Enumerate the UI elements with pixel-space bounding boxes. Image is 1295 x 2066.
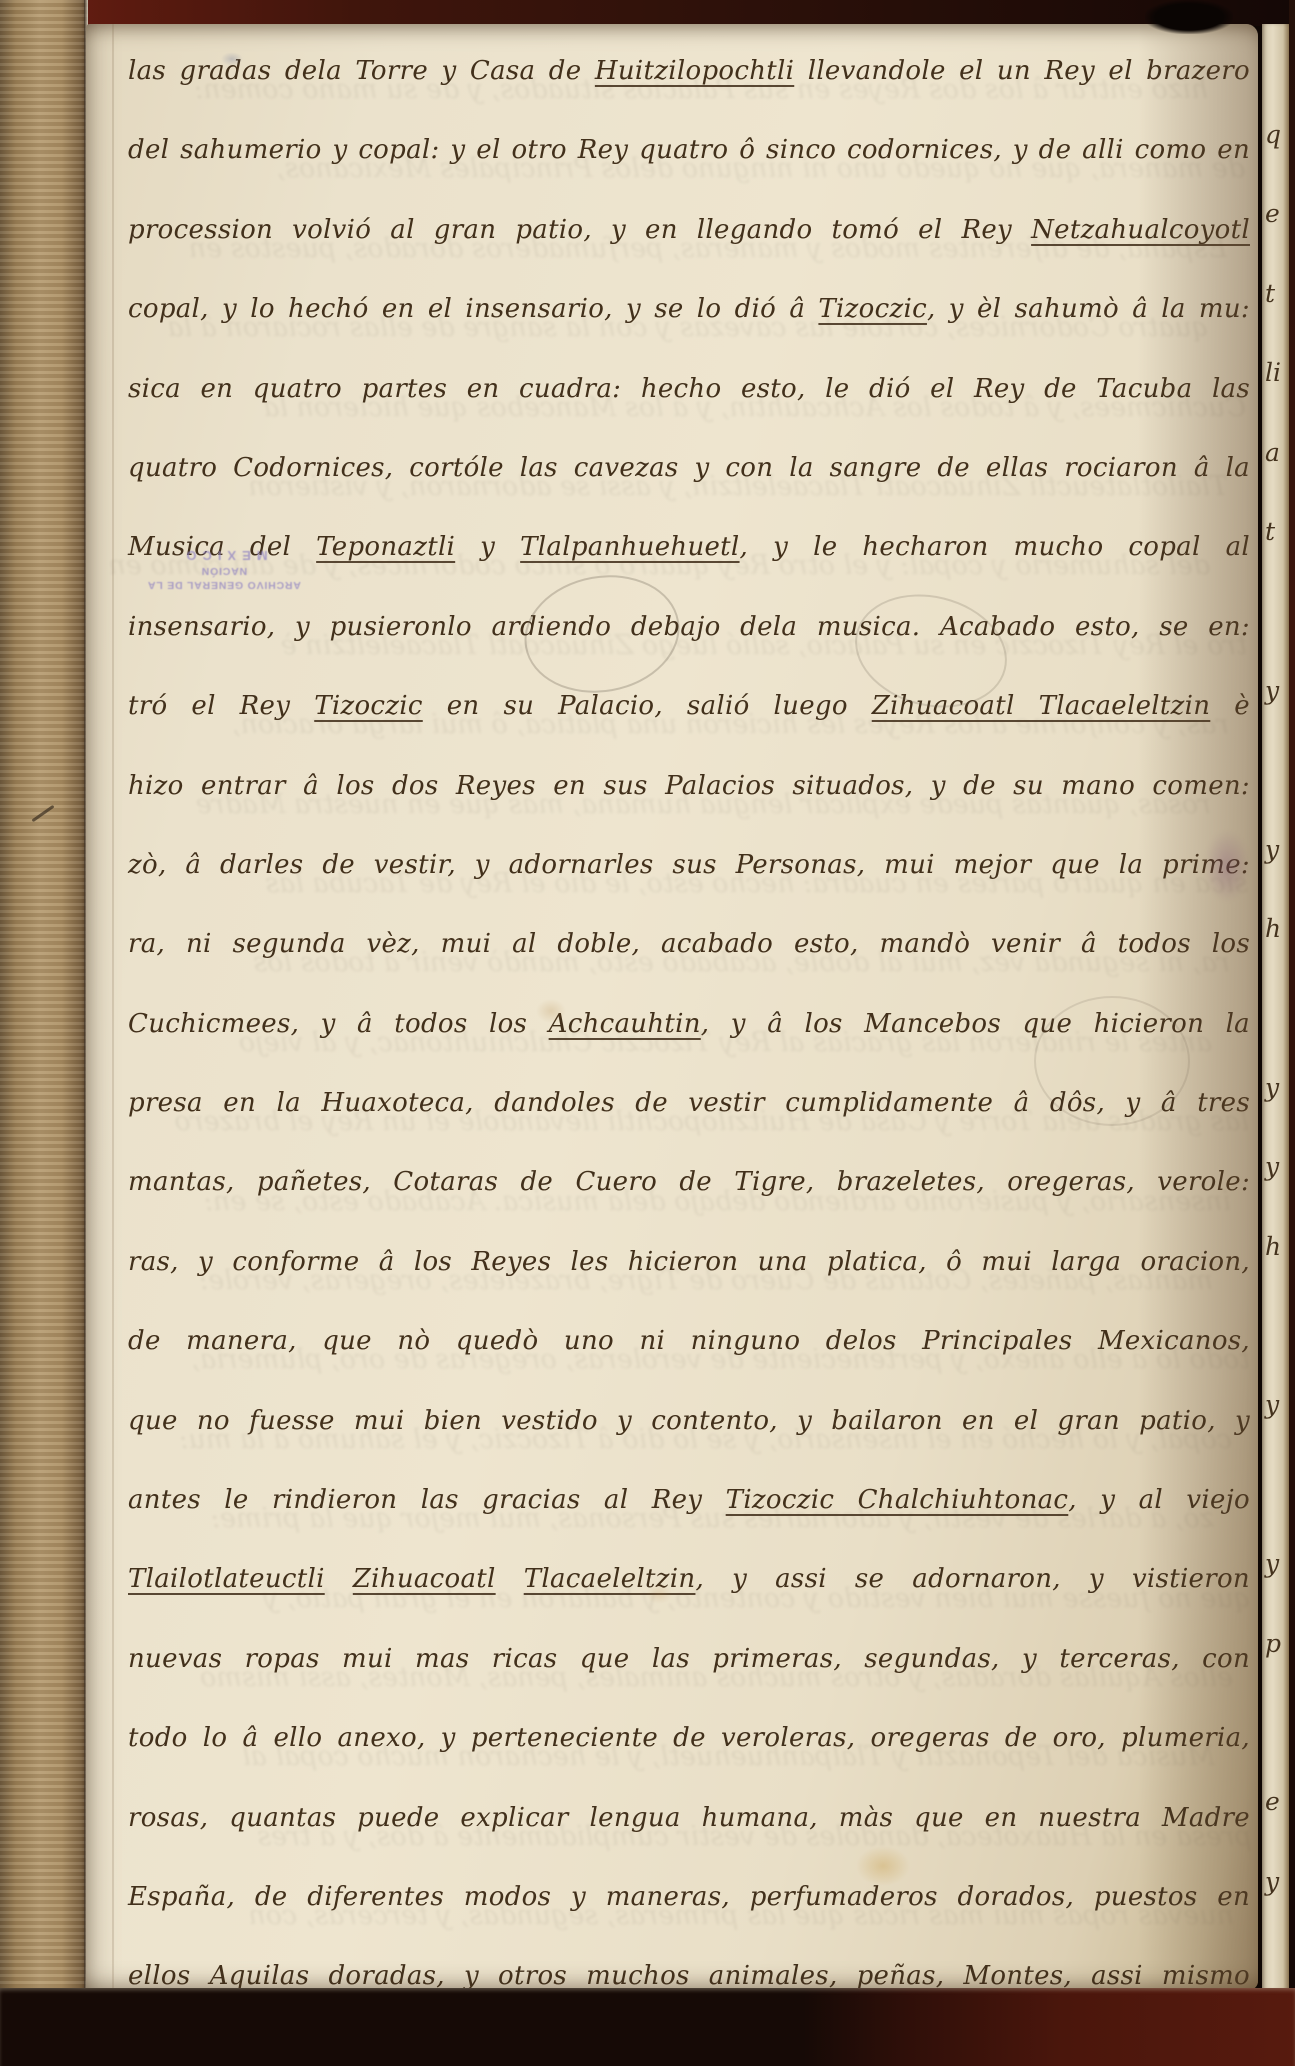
text-line-2: del sahumerio y copal: y el otro Rey qua… xyxy=(128,111,1250,190)
underlined-term: Tizoczic xyxy=(818,294,927,324)
text-block: las gradas dela Torre y Casa de Huitzilo… xyxy=(128,32,1250,1990)
text-segment: presa en la Huaxoteca, dandoles de vesti… xyxy=(128,1088,1250,1118)
binding-blotch xyxy=(1145,0,1233,34)
text-segment: ra, ni segunda vèz, mui al doble, acabad… xyxy=(128,929,1250,959)
text-segment: todo lo â ello anexo, y perteneciente de… xyxy=(128,1723,1250,1753)
text-line-3: procession volvió al gran patio, y en ll… xyxy=(128,191,1250,270)
text-line-16: ras, y conforme â los Reyes les hicieron… xyxy=(128,1223,1250,1302)
text-segment: mantas, pañetes, Cotaras de Cuero de Tig… xyxy=(128,1167,1250,1197)
margin-crease xyxy=(112,24,114,1990)
text-line-9: tró el Rey Tizoczic en su Palacio, salió… xyxy=(128,667,1250,746)
stamp-line-1: ARCHIVO GENERAL DE LA NACIÓN xyxy=(144,564,304,592)
text-segment: rosas, quantas puede explicar lengua hum… xyxy=(128,1803,1250,1833)
text-segment: procession volvió al gran patio, y en ll… xyxy=(128,215,1031,245)
partial-letter: li xyxy=(1265,358,1281,387)
text-line-5: sica en quatro partes en cuadra: hecho e… xyxy=(128,350,1250,429)
text-line-10: hizo entrar â los dos Reyes en sus Palac… xyxy=(128,747,1250,826)
partial-letter: h xyxy=(1265,914,1281,943)
text-segment: sica en quatro partes en cuadra: hecho e… xyxy=(128,374,1250,404)
text-line-13: Cuchicmees, y â todos los Achcauhtin, y … xyxy=(128,985,1250,1064)
text-line-24: España, de diferentes modos y maneras, p… xyxy=(128,1858,1250,1937)
underlined-term: Zihuacoatl xyxy=(353,1564,496,1594)
underlined-term: Tlacaeleltzin xyxy=(524,1564,696,1594)
text-segment: insensario, y pusieronlo ardiendo debajo… xyxy=(128,612,1250,642)
text-line-18: que no fuesse mui bien vestido y content… xyxy=(128,1382,1250,1461)
text-segment: Cuchicmees, y â todos los xyxy=(128,1009,549,1039)
book-cover-bottom-edge xyxy=(0,1988,1295,2066)
gutter-shadow xyxy=(1138,24,1258,1990)
text-segment: ras, y conforme â los Reyes les hicieron… xyxy=(128,1247,1250,1277)
partial-letter: y xyxy=(1265,676,1279,705)
partial-letter: y xyxy=(1265,1867,1279,1896)
text-segment: en su Palacio, salió luego xyxy=(423,691,872,721)
underlined-term: Teponaztli xyxy=(316,532,455,562)
text-segment xyxy=(325,1564,353,1594)
book-fore-edges xyxy=(0,0,88,2066)
partial-letter: y xyxy=(1265,1549,1279,1578)
text-segment: España, de diferentes modos y maneras, p… xyxy=(128,1882,1250,1912)
text-line-4: copal, y lo hechó en el insensario, y se… xyxy=(128,270,1250,349)
text-line-19: antes le rindieron las gracias al Rey Ti… xyxy=(128,1461,1250,1540)
text-segment: las gradas dela Torre y Casa de xyxy=(128,56,595,86)
partial-letter: y xyxy=(1265,835,1279,864)
partial-letter: h xyxy=(1265,1232,1281,1261)
underlined-term: Tizoczic xyxy=(314,691,423,721)
text-segment: del sahumerio y copal: y el otro Rey qua… xyxy=(128,135,1250,165)
partial-letter: t xyxy=(1265,517,1275,546)
stamp-line-2: MEXICO xyxy=(144,546,304,564)
text-segment: de manera, que nò quedò uno ni ninguno d… xyxy=(128,1326,1250,1356)
text-segment: que no fuesse mui bien vestido y content… xyxy=(128,1406,1250,1436)
text-segment: antes le rindieron las gracias al Rey xyxy=(128,1485,726,1515)
text-line-1: las gradas dela Torre y Casa de Huitzilo… xyxy=(128,32,1250,111)
text-segment: nuevas ropas mui mas ricas que las prime… xyxy=(128,1644,1250,1674)
partial-letter: a xyxy=(1265,438,1280,467)
text-segment: zò, â darles de vestir, y adornarles sus… xyxy=(128,850,1250,880)
text-segment: quatro Codornices, cortóle las cavezas y… xyxy=(128,453,1250,483)
partial-letter: y xyxy=(1265,1152,1279,1181)
open-book-scan: hizo entrar â los dos Reyes en sus Palac… xyxy=(0,0,1295,2066)
partial-letter: e xyxy=(1265,199,1280,228)
text-line-21: nuevas ropas mui mas ricas que las prime… xyxy=(128,1620,1250,1699)
partial-letter: q xyxy=(1265,120,1281,149)
underlined-term: Tlalpanhuehuetl xyxy=(520,532,739,562)
text-segment: y xyxy=(455,532,520,562)
book-cover-top-edge xyxy=(0,0,1295,26)
facing-page-edge: qetliatyyhyyhyypey xyxy=(1262,24,1289,1990)
text-line-14: presa en la Huaxoteca, dandoles de vesti… xyxy=(128,1064,1250,1143)
underlined-term: Huitzilopochtli xyxy=(595,56,794,86)
book-cover-right-edge xyxy=(1289,0,1295,2066)
text-line-6: quatro Codornices, cortóle las cavezas y… xyxy=(128,429,1250,508)
text-segment: tró el Rey xyxy=(128,691,314,721)
text-segment xyxy=(496,1564,524,1594)
text-line-22: todo lo â ello anexo, y perteneciente de… xyxy=(128,1699,1250,1778)
partial-letter: p xyxy=(1265,1629,1281,1658)
underlined-term: Tizoczic Chalchiuhtonac xyxy=(726,1485,1069,1515)
text-line-23: rosas, quantas puede explicar lengua hum… xyxy=(128,1779,1250,1858)
archive-stamp: ARCHIVO GENERAL DE LA NACIÓN MEXICO xyxy=(144,546,304,592)
underlined-term: Tlailotlateuctli xyxy=(128,1564,325,1594)
partial-letter: e xyxy=(1265,1787,1280,1816)
text-line-17: de manera, que nò quedò uno ni ninguno d… xyxy=(128,1302,1250,1381)
underlined-term: Achcauhtin xyxy=(549,1009,701,1039)
text-line-8: insensario, y pusieronlo ardiendo debajo… xyxy=(128,588,1250,667)
text-line-20: Tlailotlateuctli Zihuacoatl Tlacaeleltzi… xyxy=(128,1540,1250,1619)
partial-letter: y xyxy=(1265,1073,1279,1102)
text-line-12: ra, ni segunda vèz, mui al doble, acabad… xyxy=(128,905,1250,984)
partial-letter: y xyxy=(1265,1390,1279,1419)
text-line-15: mantas, pañetes, Cotaras de Cuero de Tig… xyxy=(128,1143,1250,1222)
partial-letter: t xyxy=(1265,279,1275,308)
text-line-11: zò, â darles de vestir, y adornarles sus… xyxy=(128,826,1250,905)
text-segment: hizo entrar â los dos Reyes en sus Palac… xyxy=(128,771,1250,801)
text-segment: ellos Aquilas doradas, y otros muchos an… xyxy=(128,1961,1250,1990)
manuscript-page: hizo entrar â los dos Reyes en sus Palac… xyxy=(86,24,1258,1990)
text-segment: copal, y lo hechó en el insensario, y se… xyxy=(128,294,818,324)
text-line-25: ellos Aquilas doradas, y otros muchos an… xyxy=(128,1937,1250,1990)
